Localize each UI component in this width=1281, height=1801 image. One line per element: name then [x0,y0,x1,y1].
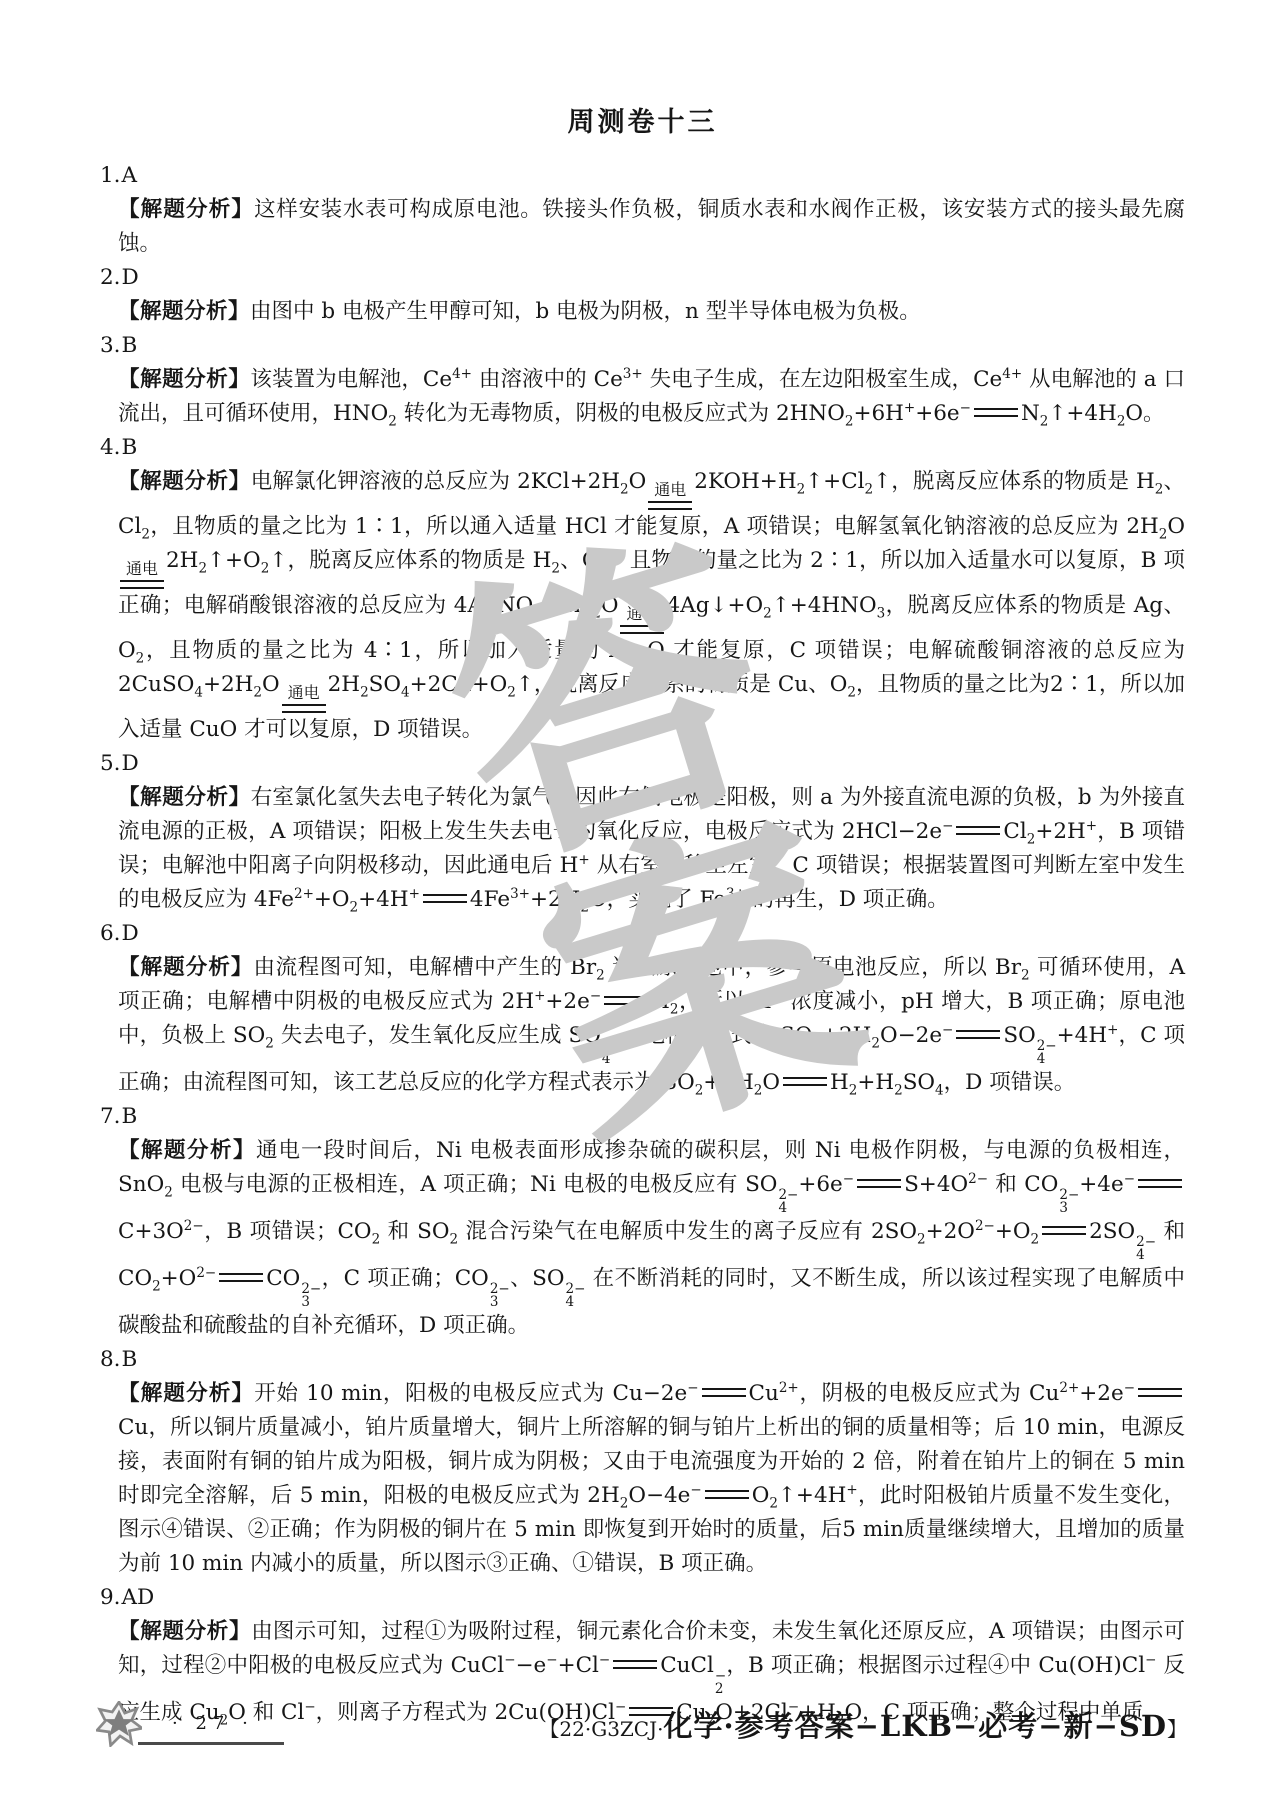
answer-letter: D [122,265,139,290]
double-equals [857,1179,901,1188]
answer-line: 8.B [100,1343,1185,1377]
edition-tag: 【22·G3ZCJ·化学·参考答案−LKB−必考−新−SD】 [539,1704,1187,1745]
answer-letter: D [122,751,139,776]
double-equals [423,894,467,903]
page-number-block: · 27 · [96,1713,284,1745]
analysis-text: 开始 10 min，阳极的电极反应式为 Cu−2e−Cu2+，阴极的电极反应式为… [118,1381,1185,1576]
answer-letter: A [122,163,138,188]
question-number: 5. [100,751,121,776]
analysis-label: 【解题分析】 [118,367,250,392]
analysis-text: 由图中 b 电极产生甲醇可知，b 电极为阴极，n 型半导体电极为负极。 [250,299,921,324]
star-logo-icon [96,1701,142,1747]
answer-item: 8.B 【解题分析】开始 10 min，阳极的电极反应式为 Cu−2e−Cu2+… [100,1343,1185,1581]
question-number: 8. [100,1347,121,1372]
question-number: 6. [100,921,121,946]
answer-letter: AD [122,1585,155,1610]
answer-line: 4.B [100,431,1185,465]
analysis-paragraph: 【解题分析】这样安装水表可构成原电池。铁接头作负极，铜质水表和水阀作正极，该安装… [100,193,1185,261]
double-equals [974,408,1018,417]
answer-letter: B [122,435,138,460]
analysis-label: 【解题分析】 [118,1138,256,1163]
double-equals [1138,1179,1182,1188]
analysis-paragraph: 【解题分析】该装置为电解池，Ce4+ 由溶液中的 Ce3+ 失电子生成，在左边阳… [100,363,1185,431]
analysis-label: 【解题分析】 [118,1619,251,1644]
double-equals [702,1388,746,1397]
page-number: · 27 · [138,1713,284,1745]
edition-tag-suffix: 】 [1167,1717,1187,1741]
analysis-paragraph: 【解题分析】开始 10 min，阳极的电极反应式为 Cu−2e−Cu2+，阴极的… [100,1377,1185,1581]
answer-item: 2.D 【解题分析】由图中 b 电极产生甲醇可知，b 电极为阴极，n 型半导体电… [100,261,1185,329]
answer-key-page: 答 案 周测卷十三 1.A 【解题分析】这样安装水表可构成原电池。铁接头作负极，… [0,0,1281,1730]
edition-tag-prefix: 【22·G3ZCJ· [539,1717,663,1741]
answer-line: 1.A [100,159,1185,193]
answer-letter: B [122,1347,138,1372]
edition-tag-main: 化学·参考答案−LKB−必考−新−SD [664,1709,1168,1743]
answer-letter: B [122,333,138,358]
double-equals [956,1030,1000,1039]
page-title: 周测卷十三 [100,100,1185,139]
analysis-label: 【解题分析】 [118,299,250,324]
analysis-label: 【解题分析】 [118,1381,254,1406]
answer-letter: D [122,921,139,946]
tongdian-over-equals: 通电 [120,558,164,589]
analysis-label: 【解题分析】 [118,785,251,810]
analysis-label: 【解题分析】 [118,469,251,494]
answer-letter: B [122,1104,138,1129]
double-equals [613,1660,657,1669]
tongdian-over-equals: 通电 [282,682,326,713]
analysis-paragraph: 【解题分析】由图中 b 电极产生甲醇可知，b 电极为阴极，n 型半导体电极为负极… [100,295,1185,329]
analysis-label: 【解题分析】 [118,197,254,222]
analysis-label: 【解题分析】 [118,955,253,980]
analysis-text: 这样安装水表可构成原电池。铁接头作负极，铜质水表和水阀作正极，该安装方式的接头最… [118,197,1185,256]
answer-item: 1.A 【解题分析】这样安装水表可构成原电池。铁接头作负极，铜质水表和水阀作正极… [100,159,1185,261]
question-number: 4. [100,435,121,460]
question-number: 7. [100,1104,121,1129]
double-equals [219,1273,263,1282]
question-number: 3. [100,333,121,358]
double-equals [1138,1388,1182,1397]
answer-line: 3.B [100,329,1185,363]
double-equals [705,1490,749,1499]
double-equals [1042,1226,1086,1235]
analysis-text: 该装置为电解池，Ce4+ 由溶液中的 Ce3+ 失电子生成，在左边阳极室生成，C… [118,367,1185,426]
question-number: 1. [100,163,121,188]
answer-line: 2.D [100,261,1185,295]
double-equals [956,826,1000,835]
answer-line: 9.AD [100,1581,1185,1615]
answer-item: 3.B 【解题分析】该装置为电解池，Ce4+ 由溶液中的 Ce3+ 失电子生成，… [100,329,1185,431]
question-number: 9. [100,1585,121,1610]
question-number: 2. [100,265,121,290]
